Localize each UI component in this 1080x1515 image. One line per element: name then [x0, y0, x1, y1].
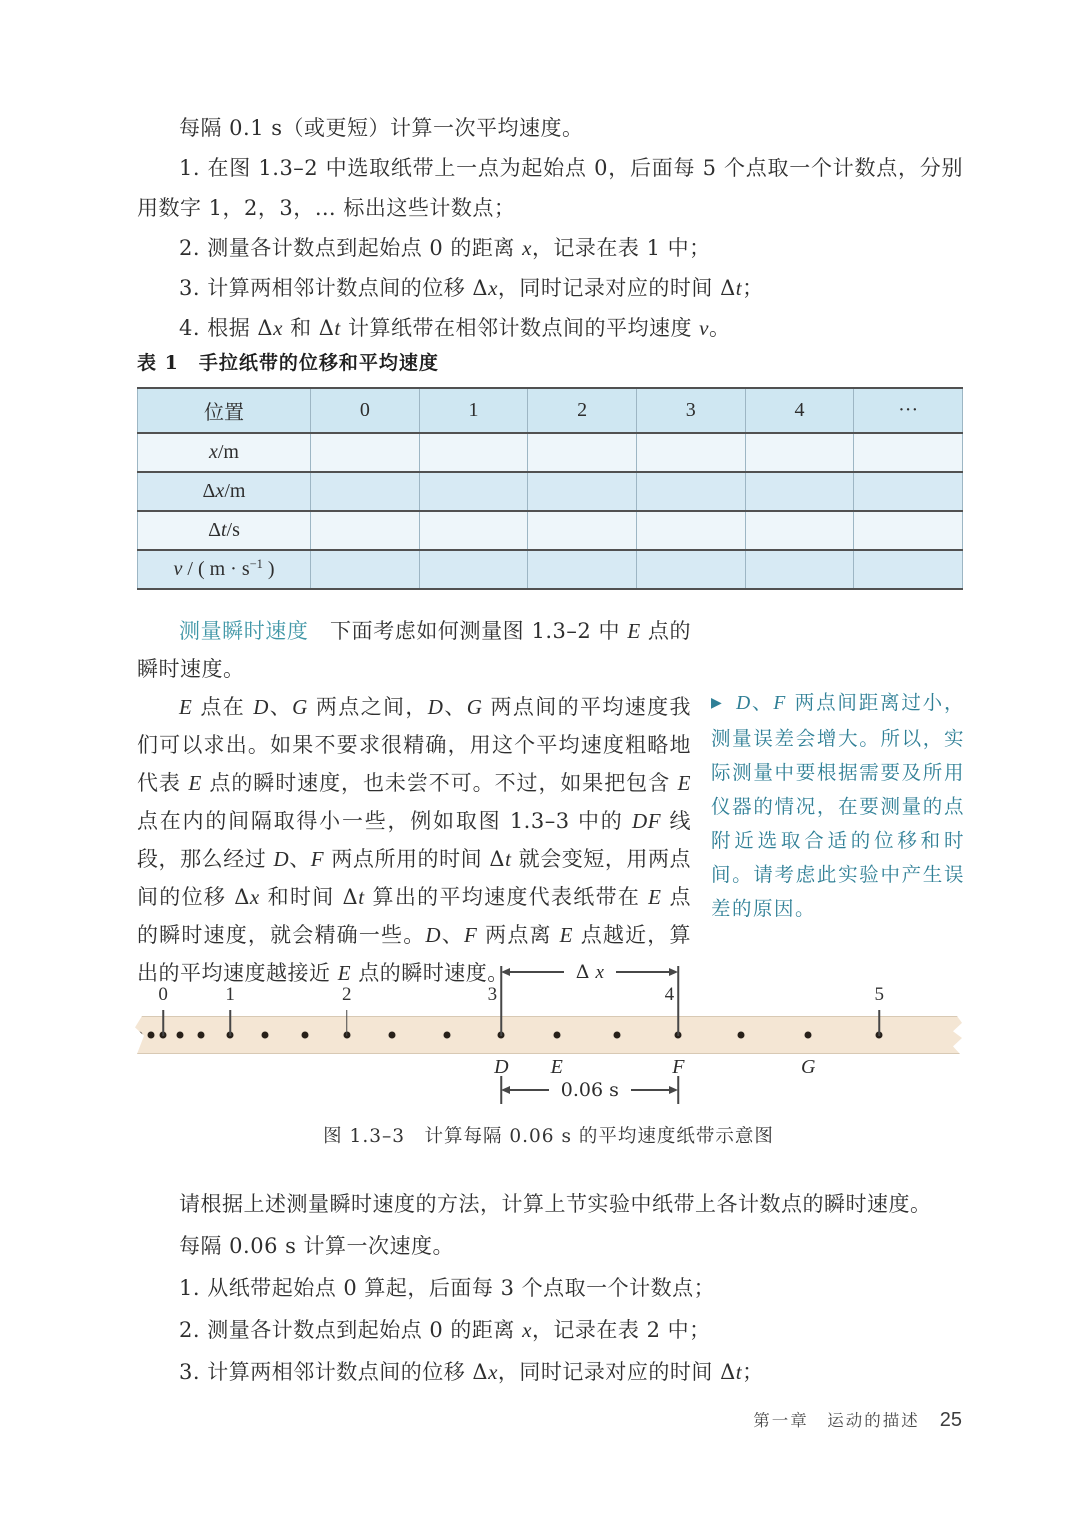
timing-dot	[738, 1032, 745, 1039]
text-segment: 4. 根据 Δ	[179, 316, 273, 340]
table1-empty-cell	[745, 550, 854, 589]
text-segment: ，记录在表 2 中；	[532, 1318, 711, 1342]
paragraph: 每隔 0.06 s 计算一次速度。	[137, 1225, 965, 1267]
text-segment: 3. 计算两相邻计数点间的位移 Δ	[179, 276, 488, 300]
margin-note: ▶D、F 两点间距离过小，测量误差会增大。所以，实际测量中要根据需要及所用仪器的…	[711, 686, 965, 926]
variable-symbol: DF	[632, 809, 661, 833]
table1-empty-cell	[528, 511, 637, 550]
table1-empty-cell	[854, 550, 963, 589]
paragraph: E 点在 D、G 两点之间，D、G 两点间的平均速度我们可以求出。如果不要求很精…	[137, 688, 691, 992]
table1-empty-cell	[745, 433, 854, 472]
list-item-3: 3. 计算两相邻计数点间的位移 Δx，同时记录对应的时间 Δt；	[137, 268, 963, 308]
variable-symbol: D	[274, 847, 290, 871]
timing-dot	[261, 1032, 268, 1039]
table1-data-row: v / ( m · s−1 )	[138, 550, 963, 589]
table1-empty-cell	[636, 433, 745, 472]
text-segment: 、	[289, 847, 311, 871]
tick-line	[879, 1010, 881, 1036]
timing-dot	[147, 1032, 154, 1039]
table1-empty-cell	[636, 550, 745, 589]
tick-line	[346, 1010, 348, 1036]
text-segment: Δ	[208, 519, 221, 541]
table1-header-cell: 3	[636, 388, 745, 433]
text-segment: 、	[441, 923, 464, 947]
table1-data-row: Δx/m	[138, 472, 963, 511]
text-segment: 两点间距离过小，测量误差会增大。所以，实际测量中要根据需要及所用仪器的情况，在要…	[711, 691, 965, 920]
section-heading-paragraph: 测量瞬时速度 下面考虑如何测量图 1.3–2 中 E 点的瞬时速度。	[137, 612, 691, 688]
text-segment: Δ	[576, 961, 596, 983]
variable-symbol: E	[560, 923, 573, 947]
table1-header-cell: ···	[854, 388, 963, 433]
table1-empty-cell	[745, 472, 854, 511]
text-segment: 两点离	[477, 923, 559, 947]
table1-row-label: x/m	[138, 433, 311, 472]
variable-symbol: x	[488, 276, 498, 300]
text-segment: 、	[752, 691, 774, 714]
timing-dot	[198, 1032, 205, 1039]
arrowhead-left-icon	[501, 968, 510, 976]
variable-symbol: x	[522, 1318, 532, 1342]
table1-empty-cell	[528, 472, 637, 511]
timing-dot	[176, 1032, 183, 1039]
table1-empty-cell	[854, 472, 963, 511]
table1-header-cell: 0	[311, 388, 420, 433]
tick-number: 3	[488, 984, 498, 1006]
tick-number: 1	[225, 984, 235, 1006]
tick-number: 4	[665, 984, 675, 1006]
tick-line	[229, 1010, 231, 1036]
margin-note-text: D、F 两点间距离过小，测量误差会增大。所以，实际测量中要根据需要及所用仪器的情…	[711, 691, 965, 920]
variable-symbol: x	[250, 885, 260, 909]
paragraph: 每隔 0.1 s（或更短）计算一次平均速度。	[137, 108, 963, 148]
timing-dot	[553, 1032, 560, 1039]
table1-empty-cell	[854, 433, 963, 472]
variable-symbol: D	[425, 923, 441, 947]
arrow-line	[510, 971, 563, 973]
list-item-2: 2. 测量各计数点到起始点 0 的距离 x，记录在表 2 中；	[137, 1309, 965, 1351]
table1-data-row: x/m	[138, 433, 963, 472]
bottom-block: 请根据上述测量瞬时速度的方法，计算上节实验中纸带上各计数点的瞬时速度。 每隔 0…	[137, 1183, 965, 1393]
variable-symbol: x	[209, 441, 218, 463]
table1-empty-cell	[419, 511, 528, 550]
text-segment: 。	[709, 316, 731, 340]
table1-data-row: Δt/s	[138, 511, 963, 550]
arrow-line	[631, 1089, 669, 1091]
table1-header-row: 位置01234···	[138, 388, 963, 433]
paragraph: 请根据上述测量瞬时速度的方法，计算上节实验中纸带上各计数点的瞬时速度。	[137, 1183, 965, 1225]
footer-chapter-title: 第一章 运动的描述	[753, 1407, 920, 1431]
text-segment: 3. 计算两相邻计数点间的位移 Δ	[179, 1360, 488, 1384]
text-segment: ，记录在表 1 中；	[532, 236, 711, 260]
text-segment: 两点所用的时间 Δ	[324, 847, 505, 871]
point-label: G	[801, 1056, 815, 1079]
variable-symbol: F	[773, 693, 786, 714]
table1-empty-cell	[419, 472, 528, 511]
variable-symbol: x	[488, 1360, 498, 1384]
variable-symbol: x	[596, 962, 604, 983]
text-segment: 和 Δ	[283, 316, 335, 340]
text-segment: /m	[218, 441, 239, 463]
text-segment: 算出的平均速度代表纸带在	[365, 885, 649, 909]
table1-empty-cell	[528, 433, 637, 472]
timing-dot	[389, 1032, 396, 1039]
text-segment: 点在	[192, 695, 253, 719]
variable-symbol: D	[253, 695, 269, 719]
triangle-marker-icon: ▶	[711, 695, 722, 711]
list-item-1: 1. 在图 1.3–2 中选取纸带上一点为起始点 0，后面每 5 个点取一个计数…	[137, 148, 963, 228]
table1: 位置01234··· x/m Δx/m Δt/s v / ( m · s−1 )	[137, 387, 963, 590]
time-arrow: 0.06 s	[501, 1083, 678, 1097]
variable-symbol: E	[678, 771, 691, 795]
text-segment: 下面考虑如何测量图 1.3–2 中	[308, 619, 627, 643]
text-segment: 每隔 0.06 s 计算一次速度。	[179, 1234, 454, 1258]
measure-section: 测量瞬时速度 下面考虑如何测量图 1.3–2 中 E 点的瞬时速度。 E 点在 …	[137, 612, 691, 992]
text-segment: /s	[227, 519, 240, 541]
text-segment: 测量瞬时速度	[179, 619, 308, 643]
text-segment: 点在内的间隔取得小一些，例如取图 1.3–3 中的	[137, 809, 632, 833]
variable-symbol: E	[188, 771, 201, 795]
text-segment: / ( m · s	[182, 558, 249, 580]
table1-empty-cell	[311, 550, 420, 589]
table1-row-label: Δt/s	[138, 511, 311, 550]
arrow-line	[616, 971, 669, 973]
text-segment: 2. 测量各计数点到起始点 0 的距离	[179, 236, 522, 260]
variable-symbol: E	[627, 619, 640, 643]
table1-header-cell: 1	[419, 388, 528, 433]
table1-empty-cell	[419, 550, 528, 589]
text-segment: −1	[250, 557, 263, 571]
text-segment: 、	[269, 695, 292, 719]
text-segment: ，同时记录对应的时间 Δ	[498, 1360, 736, 1384]
text-segment: 和时间 Δ	[260, 885, 359, 909]
list-item-4: 4. 根据 Δx 和 Δt 计算纸带在相邻计数点间的平均速度 v。	[137, 308, 963, 348]
variable-symbol: E	[179, 695, 192, 719]
tick-number: 2	[342, 984, 352, 1006]
tick-line	[678, 966, 680, 1036]
variable-symbol: x	[215, 480, 224, 502]
table1-empty-cell	[419, 433, 528, 472]
table1-empty-cell	[311, 511, 420, 550]
variable-symbol: x	[273, 316, 283, 340]
tick-number: 5	[875, 984, 885, 1006]
table1-row-label: Δx/m	[138, 472, 311, 511]
text-segment: Δ	[203, 480, 216, 502]
list-item-3: 3. 计算两相邻计数点间的位移 Δx，同时记录对应的时间 Δt；	[137, 1351, 965, 1393]
table1-empty-cell	[854, 511, 963, 550]
text-segment: ；	[742, 1360, 764, 1384]
textbook-page: 每隔 0.1 s（或更短）计算一次平均速度。 1. 在图 1.3–2 中选取纸带…	[0, 0, 1080, 1515]
arrowhead-right-icon	[669, 1086, 678, 1094]
variable-symbol: G	[467, 695, 483, 719]
timing-dot	[805, 1032, 812, 1039]
text-segment: /m	[224, 480, 245, 502]
tick-line	[501, 966, 503, 1036]
arrow-line	[510, 1089, 548, 1091]
figure-tape-diagram: Δ x 012345DEFG 0.06 s 图 1.3–3 计算每隔 0.06 …	[135, 952, 962, 1162]
table1-empty-cell	[636, 511, 745, 550]
arrowhead-left-icon	[501, 1086, 510, 1094]
text-segment: 2. 测量各计数点到起始点 0 的距离	[179, 1318, 522, 1342]
text-segment: 请根据上述测量瞬时速度的方法，计算上节实验中纸带上各计数点的瞬时速度。	[179, 1192, 932, 1216]
table1-row-label: v / ( m · s−1 )	[138, 550, 311, 589]
tick-line	[162, 1010, 164, 1036]
table1-empty-cell	[311, 472, 420, 511]
page-number: 25	[940, 1409, 962, 1432]
text-segment: 、	[443, 695, 466, 719]
page-footer: 第一章 运动的描述 25	[753, 1407, 962, 1432]
variable-symbol: G	[292, 695, 308, 719]
time-arrow-label: 0.06 s	[549, 1079, 631, 1101]
text-segment: 每隔 0.1 s（或更短）计算一次平均速度。	[179, 116, 584, 140]
text-segment: 点的瞬时速度，也未尝不可。不过，如果把包含	[202, 771, 678, 795]
variable-symbol: F	[311, 847, 324, 871]
figure-caption: 图 1.3–3 计算每隔 0.06 s 的平均速度纸带示意图	[135, 1122, 962, 1148]
table1-empty-cell	[636, 472, 745, 511]
table1-empty-cell	[528, 550, 637, 589]
table1-title: 表 1 手拉纸带的位移和平均速度	[137, 348, 439, 375]
table1-empty-cell	[745, 511, 854, 550]
text-segment: 1. 在图 1.3–2 中选取纸带上一点为起始点 0，后面每 5 个点取一个计数…	[137, 156, 963, 220]
dx-arrow-label: Δ x	[564, 961, 616, 984]
timing-dot	[302, 1032, 309, 1039]
table1-empty-cell	[311, 433, 420, 472]
text-segment: ，同时记录对应的时间 Δ	[498, 276, 736, 300]
intro-block: 每隔 0.1 s（或更短）计算一次平均速度。 1. 在图 1.3–2 中选取纸带…	[137, 108, 963, 348]
tick-number: 0	[158, 984, 168, 1006]
variable-symbol: F	[464, 923, 477, 947]
tape-band	[135, 1016, 962, 1054]
text-segment: 两点之间，	[308, 695, 428, 719]
point-label: E	[551, 1056, 563, 1079]
table1-header-cell: 4	[745, 388, 854, 433]
variable-symbol: D	[428, 695, 444, 719]
text-segment: )	[263, 558, 275, 580]
list-item-2: 2. 测量各计数点到起始点 0 的距离 x，记录在表 1 中；	[137, 228, 963, 268]
text-segment: 1. 从纸带起始点 0 算起，后面每 3 个点取一个计数点；	[179, 1276, 715, 1300]
list-item-1: 1. 从纸带起始点 0 算起，后面每 3 个点取一个计数点；	[137, 1267, 965, 1309]
text-segment: ；	[742, 276, 764, 300]
timing-dot	[614, 1032, 621, 1039]
variable-symbol: x	[522, 236, 532, 260]
dx-arrow: Δ x	[501, 965, 678, 979]
variable-symbol: D	[736, 693, 752, 714]
variable-symbol: E	[648, 885, 661, 909]
timing-dot	[136, 1032, 143, 1039]
table1-header-cell: 位置	[138, 388, 311, 433]
table1-header-cell: 2	[528, 388, 637, 433]
variable-symbol: v	[699, 316, 709, 340]
timing-dot	[443, 1032, 450, 1039]
text-segment: 计算纸带在相邻计数点间的平均速度	[341, 316, 699, 340]
